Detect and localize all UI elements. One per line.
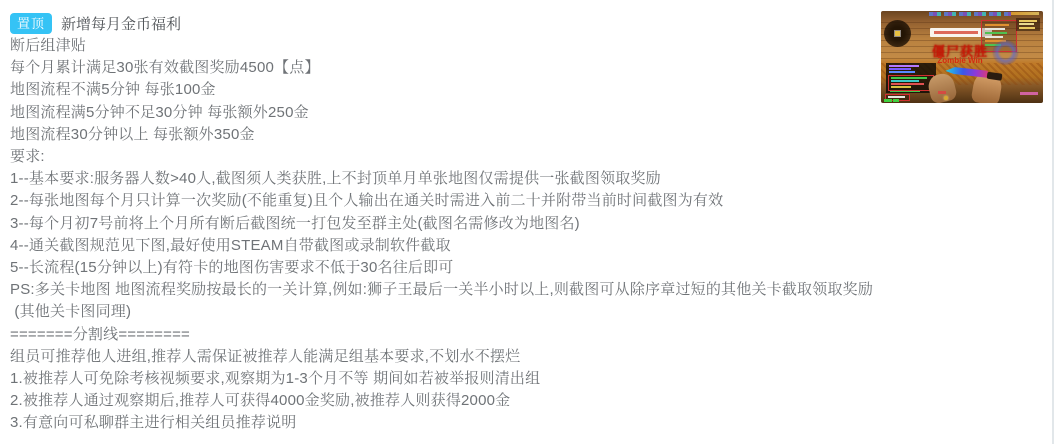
post-line: 1--基本要求:服务器人数>40人,截图须人类获胜,上不封顶单月单张地图仅需提供… xyxy=(10,168,873,190)
divider-line: =======分割线======== xyxy=(10,324,873,346)
post-line: 5--长流程(15分钟以上)有符卡的地图伤害要求不低于30名往后即可 xyxy=(10,257,873,279)
hud-health-text xyxy=(884,99,899,102)
post-line: 地图流程30分钟以上 每张额外350金 xyxy=(10,124,873,146)
post-line: (其他关卡图同理) xyxy=(10,301,873,323)
minimap-radar xyxy=(884,20,911,47)
content-right-border xyxy=(1052,0,1054,444)
post-line: 每个月累计满足30张有效截图奖励4500【点】 xyxy=(10,57,873,79)
post-line: 3--每个月初7号前将上个月所有断后截图统一打包发至群主处(截图名需修改为地图名… xyxy=(10,213,873,235)
post-title[interactable]: 新增每月金币福利 xyxy=(61,13,181,34)
chat-highlight-box xyxy=(888,75,934,91)
post-line: 4--通关截图规范见下图,最好使用STEAM自带截图或录制软件截取 xyxy=(10,235,873,257)
hud-pink-text xyxy=(1020,92,1038,95)
post-line: 1.被推荐人可免除考核视频要求,观察期为1-3个月不等 期间如若被举报则清出组 xyxy=(10,368,873,390)
pinned-badge: 置顶 xyxy=(10,13,52,34)
post-line: 3.有意向可私聊群主进行相关组员推荐说明 xyxy=(10,412,873,434)
post-line: 地图流程不满5分钟 每张100金 xyxy=(10,79,873,101)
dropped-item xyxy=(944,96,948,100)
radar-player-dot xyxy=(895,31,900,36)
post-line: PS:多关卡地图 地图流程奖励按最长的一关计算,例如:狮子王最后一关半小时以上,… xyxy=(10,279,873,301)
score-text xyxy=(1011,12,1039,15)
hud-red-text xyxy=(938,91,946,94)
scoreboard-avatar-row xyxy=(929,12,1011,16)
post-body: 置顶 新增每月金币福利 断后组津贴 每个月累计满足30张有效截图奖励4500【点… xyxy=(10,11,873,435)
post-line: 组员可推荐他人进组,推荐人需保证被推荐人能满足组基本要求,不划水不摆烂 xyxy=(10,346,873,368)
post-line: 要求: xyxy=(10,146,873,168)
post-thumbnail-game-screenshot[interactable]: 僵尸获胜 Zombie Win xyxy=(881,11,1043,103)
post-line: 2.被推荐人通过观察期后,推荐人可获得4000金奖励,被推荐人则获得2000金 xyxy=(10,390,873,412)
post-line: 2--每张地图每个月只计算一次奖励(不能重复)且个人输出在通关时需进入前二十并附… xyxy=(10,190,873,212)
kill-feed-box xyxy=(1016,18,1040,31)
post-line: 地图流程满5分钟不足30分钟 每张额外250金 xyxy=(10,102,873,124)
post-line: 断后组津贴 xyxy=(10,35,873,57)
post-title-row: 置顶 新增每月金币福利 xyxy=(10,11,873,35)
